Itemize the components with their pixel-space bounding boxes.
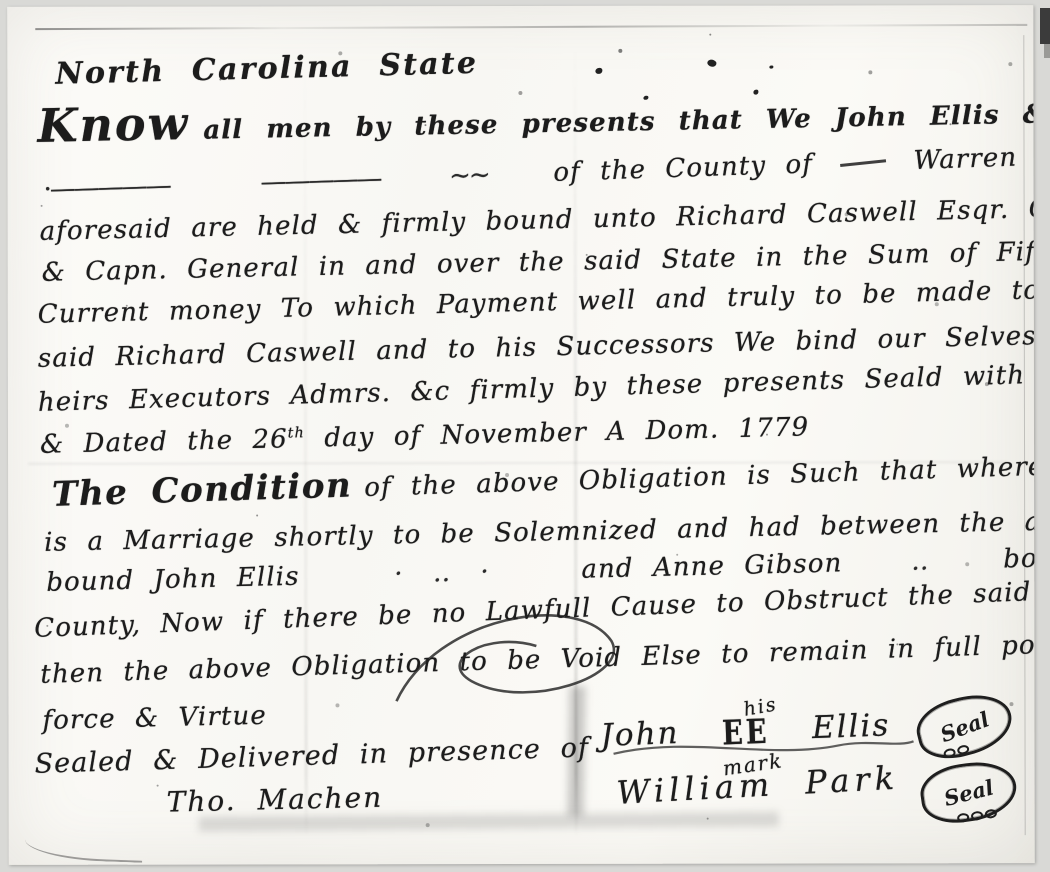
- date-ordinal: th: [287, 425, 305, 441]
- county-name: Warren & State: [913, 138, 1035, 176]
- seal-william-park: Seal: [917, 757, 1020, 828]
- seal-john-ellis: Seal: [911, 686, 1018, 766]
- scan-edge-artifact: [1040, 8, 1050, 44]
- groom-name: bound John Ellis: [46, 562, 300, 598]
- paper-corner-tear: [24, 831, 143, 863]
- sig-ellis: Ellis: [811, 707, 891, 746]
- paper-speckles: [7, 7, 9, 9]
- date-month-year: day of November A Dom. 1779: [305, 412, 810, 453]
- blank-dashes: ·—————: [43, 171, 170, 205]
- filler-dots: ‥: [911, 546, 935, 577]
- witness-signature: Tho. Machen: [166, 781, 383, 819]
- struck-out-word: [840, 159, 886, 168]
- scanned-document: North Carolina State Knowall men by thes…: [0, 0, 1050, 872]
- seal-label: Seal: [937, 706, 993, 747]
- heading-state: North Carolina State: [55, 46, 479, 92]
- blank-dashes: —————: [260, 164, 381, 198]
- aforesaid-text: both of the aforesaid: [1003, 536, 1035, 574]
- county-text: of the County of: [553, 149, 814, 188]
- sig-john: John: [600, 715, 680, 754]
- paper-sheet: North Carolina State Knowall men by thes…: [7, 5, 1034, 865]
- bride-name: and Anne Gibson: [581, 548, 843, 584]
- seal-label: Seal: [941, 774, 996, 810]
- ink-blot: [706, 58, 717, 68]
- filler-dots: · ‥ ·: [394, 557, 495, 589]
- ink-blot: [769, 66, 773, 69]
- squiggle: ~~: [449, 160, 490, 191]
- date-day: & Dated the 26: [40, 424, 288, 460]
- scan-edge-artifact: [1044, 44, 1050, 58]
- line-date: & Dated the 26th day of November A Dom. …: [40, 412, 810, 459]
- word-know: Know: [37, 96, 190, 153]
- line-force-virtue: force & Virtue: [42, 701, 267, 736]
- line-condition-rest: of the above Obligation is Such that whe…: [364, 448, 1035, 503]
- line-know-rest: all men by these presents that We John E…: [203, 95, 1035, 146]
- his-mark: his EE mark: [714, 697, 777, 775]
- seal-loops: [957, 808, 998, 823]
- attestation-line: Sealed & Delivered in presence of: [34, 732, 589, 779]
- paper-top-edge: [35, 24, 1027, 30]
- mark-glyph: EE: [722, 715, 770, 750]
- ink-blot: [595, 68, 602, 74]
- words-the-condition: The Condition: [51, 465, 352, 514]
